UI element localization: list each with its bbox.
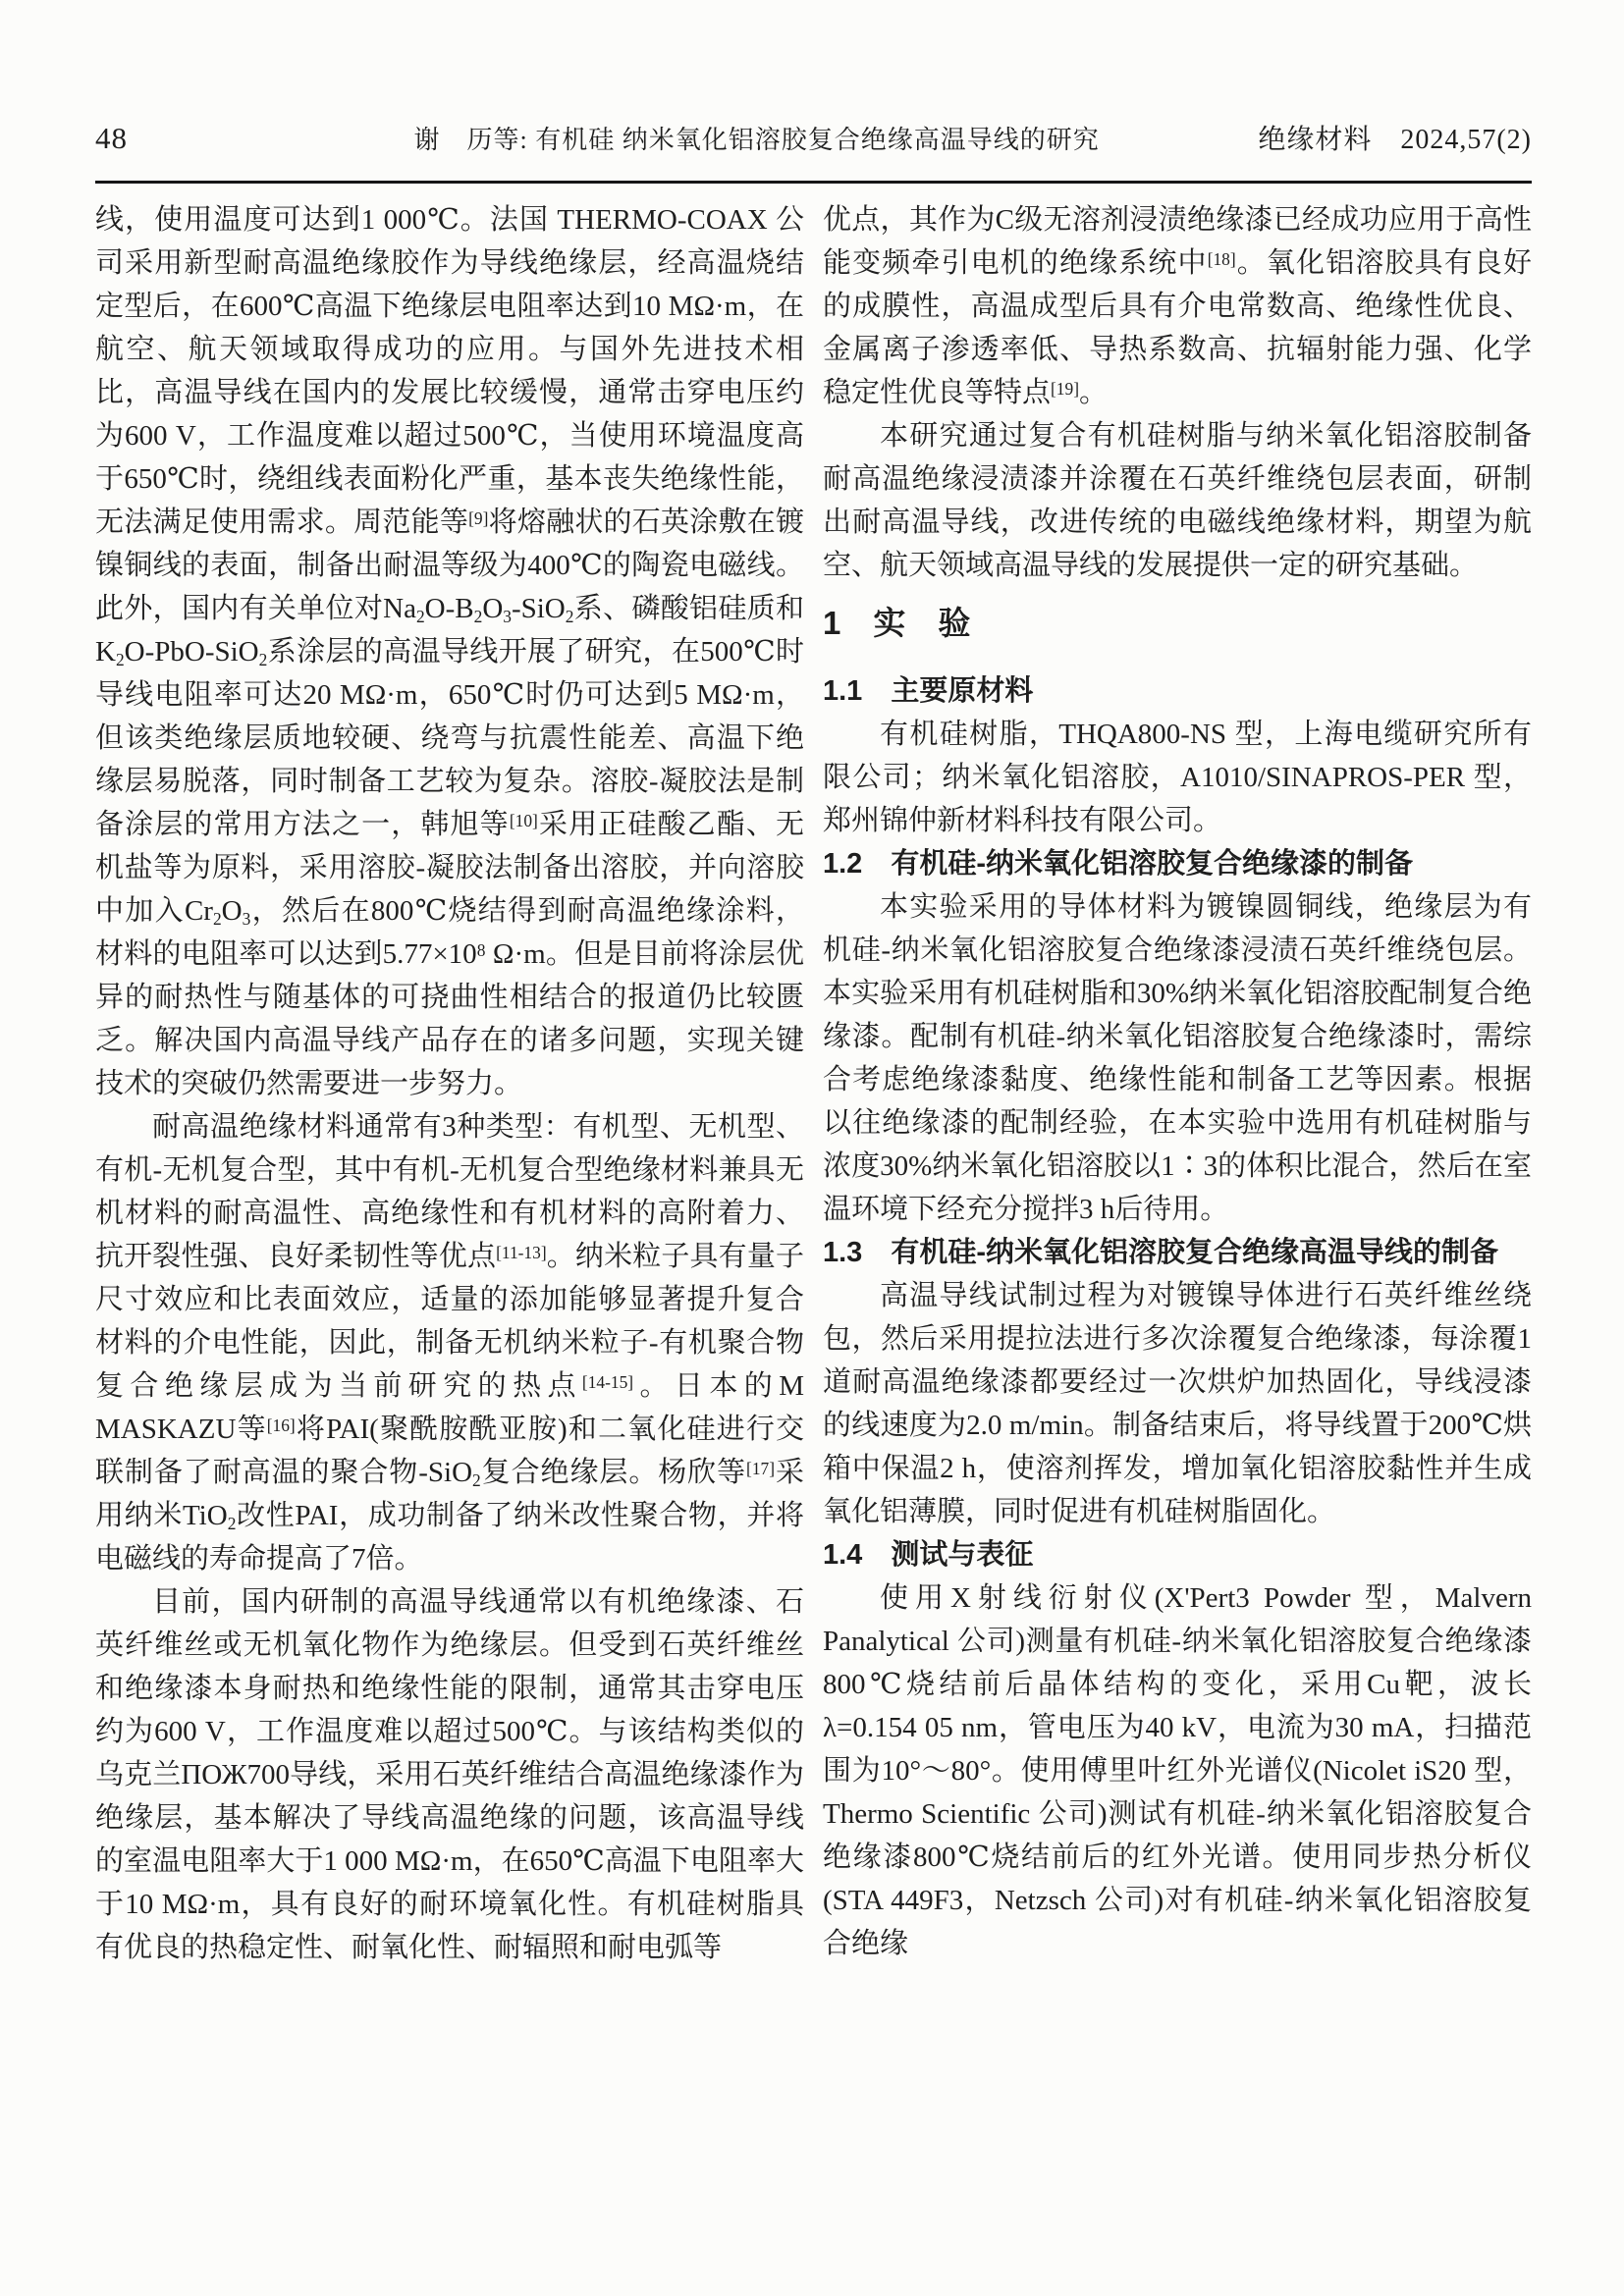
subsection-heading: 1.2 有机硅-纳米氧化铝溶胶复合绝缘漆的制备 — [823, 842, 1532, 885]
paragraph: 本实验采用的导体材料为镀镍圆铜线，绝缘层为有机硅-纳米氧化铝溶胶复合绝缘漆浸渍石… — [823, 885, 1532, 1231]
page-header: 48 谢 历等: 有机硅 纳米氧化铝溶胶复合绝缘高温导线的研究 绝缘材料 202… — [95, 118, 1532, 157]
section-heading: 1 实 验 — [823, 602, 1532, 645]
paragraph: 使用X射线衍射仪(X'Pert3 Powder 型，Malvern Panaly… — [823, 1576, 1532, 1965]
article-body: 线，使用温度可达到1 000℃。法国 THERMO-COAX 公司采用新型耐高温… — [95, 198, 1532, 1969]
running-title: 谢 历等: 有机硅 纳米氧化铝溶胶复合绝缘高温导线的研究 — [255, 120, 1258, 156]
page-number: 48 — [95, 121, 255, 156]
paragraph: 本研究通过复合有机硅树脂与纳米氧化铝溶胶制备耐高温绝缘浸渍漆并涂覆在石英纤维绕包… — [823, 414, 1532, 587]
subsection-heading: 1.4 测试与表征 — [823, 1533, 1532, 1576]
journal-issue: 绝缘材料 2024,57(2) — [1258, 118, 1532, 157]
paragraph: 有机硅树脂，THQA800-NS 型，上海电缆研究所有限公司；纳米氧化铝溶胶，A… — [823, 713, 1532, 842]
paragraph: 线，使用温度可达到1 000℃。法国 THERMO-COAX 公司采用新型耐高温… — [95, 198, 804, 1105]
subsection-heading: 1.3 有机硅-纳米氧化铝溶胶复合绝缘高温导线的制备 — [823, 1231, 1532, 1274]
paragraph: 耐高温绝缘材料通常有3种类型：有机型、无机型、有机-无机复合型，其中有机-无机复… — [95, 1105, 804, 1580]
header-rule — [95, 181, 1532, 184]
scanned-paper-page: 48 谢 历等: 有机硅 纳米氧化铝溶胶复合绝缘高温导线的研究 绝缘材料 202… — [0, 0, 1624, 2296]
paragraph: 优点，其作为C级无溶剂浸渍绝缘漆已经成功应用于高性能变频牵引电机的绝缘系统中[1… — [823, 198, 1532, 414]
paragraph: 目前，国内研制的高温导线通常以有机绝缘漆、石英纤维丝或无机氧化物作为绝缘层。但受… — [95, 1580, 804, 1969]
paragraph: 高温导线试制过程为对镀镍导体进行石英纤维丝绕包，然后采用提拉法进行多次涂覆复合绝… — [823, 1274, 1532, 1533]
right-column: 优点，其作为C级无溶剂浸渍绝缘漆已经成功应用于高性能变频牵引电机的绝缘系统中[1… — [823, 198, 1532, 1969]
left-column: 线，使用温度可达到1 000℃。法国 THERMO-COAX 公司采用新型耐高温… — [95, 198, 804, 1969]
subsection-heading: 1.1 主要原材料 — [823, 669, 1532, 713]
